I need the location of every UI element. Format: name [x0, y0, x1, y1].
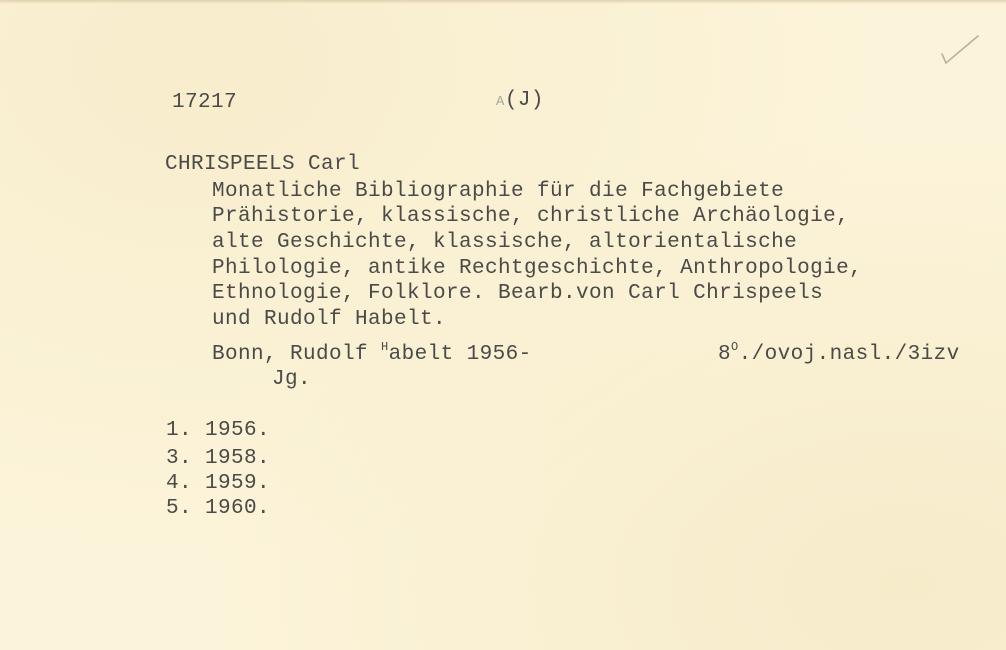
- code-value: (J): [505, 89, 544, 112]
- holding-vol: 4.: [166, 472, 192, 495]
- title-line-6: und Rudolf Habelt.: [212, 309, 446, 330]
- holding-year: 1956.: [205, 419, 270, 442]
- classification-code: A(J): [496, 90, 544, 111]
- holding-row: 1. 1956.: [166, 420, 270, 441]
- title-line-4: Philologie, antike Rechtgeschichte, Anth…: [212, 258, 862, 279]
- holding-year: 1958.: [205, 447, 270, 470]
- volume-label: Jg.: [272, 369, 311, 390]
- holding-year: 1959.: [205, 472, 270, 495]
- check-mark-icon: [938, 30, 982, 70]
- publisher-initial: H: [381, 340, 389, 354]
- author-heading: CHRISPEELS Carl: [165, 154, 360, 175]
- imprint-publisher-rest: abelt 1956-: [389, 343, 532, 366]
- card-number: 17217: [172, 92, 237, 113]
- title-line-5: Ethnologie, Folklore. Bearb.von Carl Chr…: [212, 283, 823, 304]
- title-line-3: alte Geschichte, klassische, altoriental…: [212, 232, 797, 253]
- format-note: 8O./ovoj.nasl./3izv: [718, 344, 960, 365]
- title-line-2: Prähistorie, klassische, christliche Arc…: [212, 206, 849, 227]
- holding-row: 5. 1960.: [166, 498, 270, 519]
- title-line-1: Monatliche Bibliographie für die Fachgeb…: [212, 181, 784, 202]
- code-prefix: A: [496, 94, 505, 110]
- holding-vol: 5.: [166, 497, 192, 520]
- holding-vol: 1.: [166, 419, 192, 442]
- imprint-line: Bonn, Rudolf Habelt 1956-: [212, 344, 532, 365]
- catalog-card: 17217 A(J) CHRISPEELS Carl Monatliche Bi…: [0, 0, 1006, 650]
- holding-row: 4. 1959.: [166, 473, 270, 494]
- format-rest: ./ovoj.nasl./3izv: [739, 343, 960, 366]
- format-main: 8: [718, 343, 731, 366]
- format-sup: O: [731, 340, 739, 354]
- holding-vol: 3.: [166, 447, 192, 470]
- holding-row: 3. 1958.: [166, 448, 270, 469]
- holding-year: 1960.: [205, 497, 270, 520]
- imprint-place-publisher: Bonn, Rudolf: [212, 343, 381, 366]
